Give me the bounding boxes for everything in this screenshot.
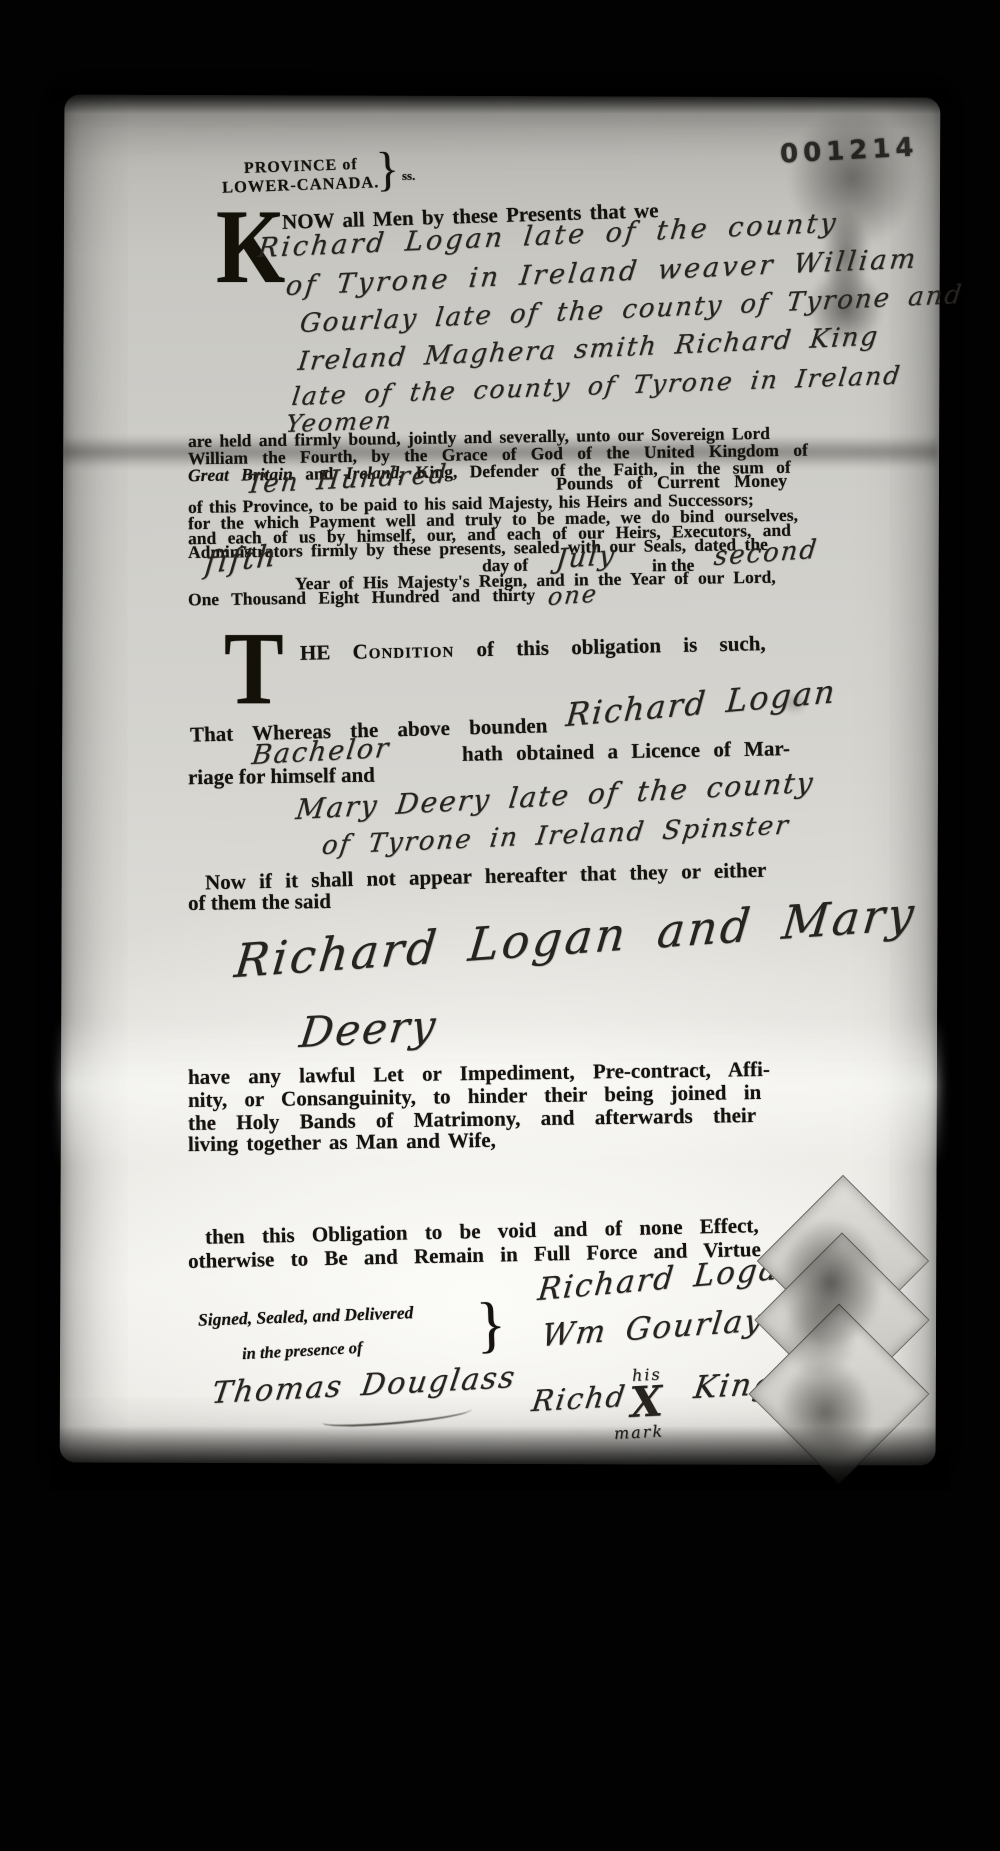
province-brace: } [375,142,400,198]
mark-mark-label: mark [614,1421,665,1443]
condition-rest: of this obligation is such, [476,631,766,661]
names-large-script-2: Deery [297,1001,440,1058]
impediment-line-4: living together as Man and Wife, [188,1128,496,1157]
year-handwritten: one [547,579,600,611]
mark-signature-name: Richd [530,1379,629,1418]
condition-word: Condition [352,638,454,664]
scanned-marriage-bond-photograph: PROVINCE of LOWER-CANADA. } ss. 001214 K… [0,0,1000,1851]
province-ss-label: ss. [402,168,415,184]
execution-brace: } [475,1290,507,1362]
mark-x-glyph: X [629,1376,666,1427]
dropcap-t: T [224,628,284,709]
whereas-line-3: riage for himself and [188,763,375,791]
condition-he: HE [300,640,331,665]
whereas-line-5: of them the said [188,889,331,916]
